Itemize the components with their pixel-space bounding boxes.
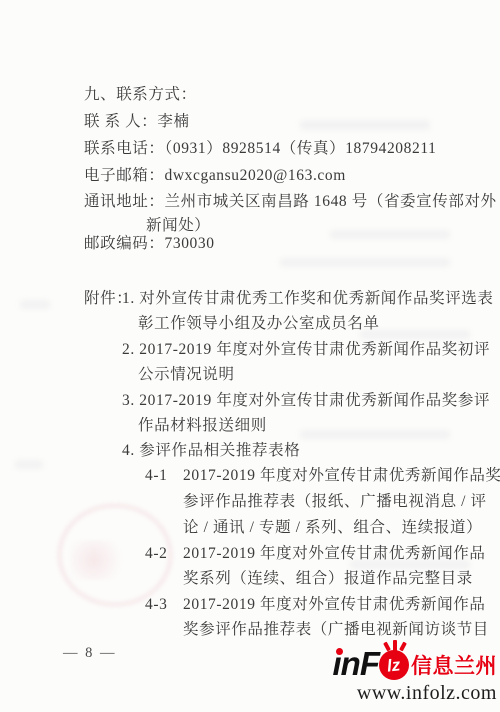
attachment-item-1-wrap: 彰工作领导小组及办公室成员名单 [138,316,380,332]
contact-postcode-line: 邮政编码：730030 [84,236,215,252]
contact-person-line: 联 系 人：李楠 [84,114,190,130]
attachment-item-4: 4. 参评作品相关推荐表格 [122,443,300,459]
attachment-item-4-2-wrap: 奖系列（连续、组合）报道作品完整目录 [183,571,473,587]
badge-spark-icon [383,642,391,652]
attachment-item-1: 1. 对外宣传甘肃优秀工作奖和优秀新闻作品奖评选表 [122,291,494,307]
logo-badge-label: lz [387,656,402,674]
document-page: 九、联系方式： 联 系 人：李楠 联系电话：（0931）8928514（传真）1… [0,0,500,712]
logo-url: www.infolz.com [327,683,497,703]
attachment-item-4-3-no: 4-3 [145,597,167,613]
contact-email-line: 电子邮箱：dwxcgansu2020@163.com [84,168,346,184]
attachment-item-4-3: 2017-2019 年度对外宣传甘肃优秀新闻作品 [183,597,485,613]
attachment-item-4-2-no: 4-2 [145,546,167,562]
contact-address-line1: 通讯地址：兰州市城关区南昌路 1648 号（省委宣传部对外 [84,194,497,210]
scan-bleed-mark [20,300,50,309]
logo-text-inf: inF [333,647,379,680]
logo-i-dot-icon [336,648,343,655]
contact-address-line2: 新闻处） [146,218,210,234]
attachment-item-4-1-wrap2: 论 / 通讯 / 专题 / 系列、组合、连续报道） [183,520,482,536]
attachment-item-3-wrap: 作品材料报送细则 [138,418,267,434]
attachment-item-4-2: 2017-2019 年度对外宣传甘肃优秀新闻作品 [183,546,485,562]
page-number: — 8 — [63,645,117,662]
attachment-item-4-1-wrap: 参评作品推荐表（报纸、广播电视消息 / 评 [183,494,487,510]
scan-bleed-mark [280,258,450,267]
watermark-brand-row: inF lz 信息兰州 [327,646,497,680]
attachment-item-2: 2. 2017-2019 年度对外宣传甘肃优秀新闻作品奖初评 [122,342,490,358]
contact-phone-line: 联系电话：（0931）8928514（传真）18794208211 [84,141,436,157]
badge-spark-icon [399,642,407,652]
attachment-item-3: 3. 2017-2019 年度对外宣传甘肃优秀新闻作品奖参评 [122,393,490,409]
scan-bleed-mark [15,460,43,469]
attachment-item-4-3-wrap: 奖参评作品推荐表（广播电视新闻访谈节目 [183,622,489,638]
logo-text-cn: 信息兰州 [411,656,497,680]
scan-bleed-mark [330,230,450,239]
attachment-item-4-1-no: 4-1 [145,468,167,484]
attachment-item-4-1: 2017-2019 年度对外宣传甘肃优秀新闻作品奖 [183,468,500,484]
attachment-item-2-wrap: 公示情况说明 [138,367,235,383]
badge-spark-icon [393,640,397,651]
scan-bleed-mark [300,120,430,130]
red-seal-speck [70,540,130,580]
infolz-watermark: inF lz 信息兰州 www.infolz.com [327,646,497,703]
scan-bleed-mark [300,430,450,439]
contact-heading: 九、联系方式： [84,87,197,103]
logo-badge-icon: lz [379,650,409,680]
